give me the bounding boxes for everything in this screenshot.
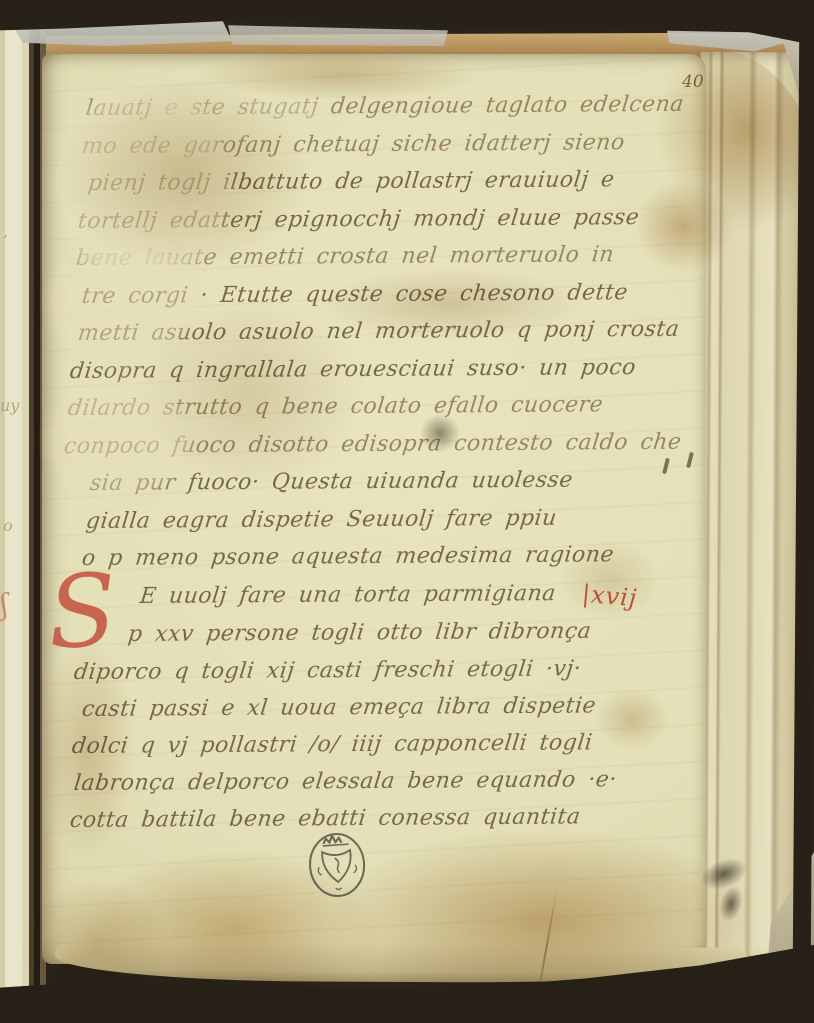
manuscript-line: mo ede garofanj chetuaj siche idatterj s…	[81, 130, 627, 159]
manuscript-line: tre corgi · Etutte queste cose chesono d…	[81, 280, 630, 309]
manuscript-line: sia pur fuoco· Questa uiuanda uuolesse	[89, 468, 575, 496]
manuscript-line: conpoco fuoco disotto edisopra contesto …	[63, 430, 683, 459]
manuscript-line: diporco q togli xij casti freschi etogli…	[73, 656, 583, 685]
manuscript-line: disopra q ingrallala erouesciaui suso· u…	[69, 355, 638, 384]
gutter-text-fragment: uy	[0, 396, 19, 415]
manuscript-line: lauatj e ste stugatj delgengioue taglato…	[85, 92, 686, 121]
library-stamp-icon	[304, 826, 371, 902]
manuscript-line: o p meno psone aquesta medesima ragione	[81, 542, 616, 571]
manuscript-line: E uuolj fare una torta parmigiana	[139, 581, 558, 609]
gutter-text-fragment: o	[3, 516, 13, 535]
rubric-chapter-number: |xvij	[581, 580, 639, 613]
manuscript-line: dolci q vj pollastri /o/ iiij capponcell…	[71, 730, 594, 759]
manuscript-line: gialla eagra dispetie Seuuolj fare ppiu	[85, 506, 559, 534]
gutter-text-fragment: ʼ	[2, 232, 7, 251]
manuscript-line: metti asuolo asuolo nel morteruolo q pon…	[77, 317, 681, 346]
manuscript-photo: lauatj e ste stugatj delgengioue taglato…	[0, 0, 814, 1023]
rubric-initial: S	[45, 560, 119, 663]
manuscript-line: labronça delporco elessala bene equando …	[73, 767, 619, 796]
manuscript-line: pienj toglj ilbattuto de pollastrj eraui…	[87, 167, 616, 196]
manuscript-line: bene lauate emetti crosta nel morteruolo…	[75, 242, 616, 271]
manuscript-line: p xxv persone togli otto libr dibronça	[127, 619, 593, 647]
page-edges-stack	[695, 52, 803, 967]
manuscript-line: dilardo strutto q bene colato efallo cuo…	[67, 392, 605, 421]
folio-number: 40	[682, 72, 704, 92]
manuscript-line: casti passi e xl uoua emeça libra dispet…	[81, 693, 598, 722]
facing-page-gutter	[0, 26, 46, 996]
manuscript-line: tortellj edatterj epignocchj mondj eluue…	[77, 205, 641, 234]
